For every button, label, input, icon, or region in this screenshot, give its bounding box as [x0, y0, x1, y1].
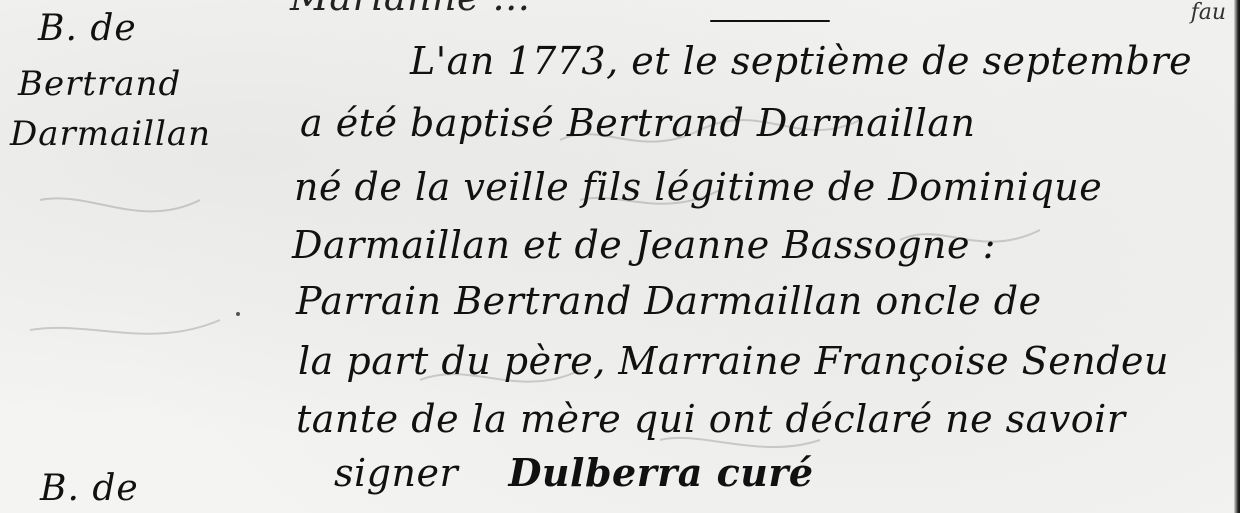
corner-note: fau [1191, 0, 1226, 25]
register-page: B. de Bertrand Darmaillan B. de Marianne… [0, 0, 1240, 513]
margin-note-baptism-abbrev: B. de [38, 8, 137, 49]
margin-note-surname: Darmaillan [10, 114, 211, 154]
entry-line-5: Parrain Bertrand Darmaillan oncle de [296, 282, 1042, 320]
entry-line-3: né de la veille fils légitime de Dominiq… [294, 168, 1102, 206]
margin-note-next-entry-abbrev: B. de [40, 468, 139, 509]
entry-line-1: L'an 1773, et le septième de septembre [410, 42, 1192, 80]
signer-word: signer [334, 451, 458, 495]
page-edge [1234, 0, 1240, 513]
entry-line-6: la part du père, Marraine Françoise Send… [298, 342, 1169, 380]
ink-dot [236, 312, 240, 316]
entry-line-8: signer Dulberra curé [334, 454, 814, 492]
previous-entry-tail: Marianne ... [290, 0, 530, 16]
priest-signature: Dulberra curé [508, 450, 813, 495]
pen-stroke [710, 20, 830, 22]
entry-line-7: tante de la mère qui ont déclaré ne savo… [296, 400, 1126, 438]
entry-line-2: a été baptisé Bertrand Darmaillan [300, 104, 975, 142]
margin-column: B. de Bertrand Darmaillan B. de [0, 0, 270, 513]
entry-body: Marianne ... L'an 1773, et le septième d… [290, 0, 1230, 513]
entry-line-4: Darmaillan et de Jeanne Bassogne : [292, 226, 996, 264]
margin-note-given-name: Bertrand [18, 64, 181, 104]
